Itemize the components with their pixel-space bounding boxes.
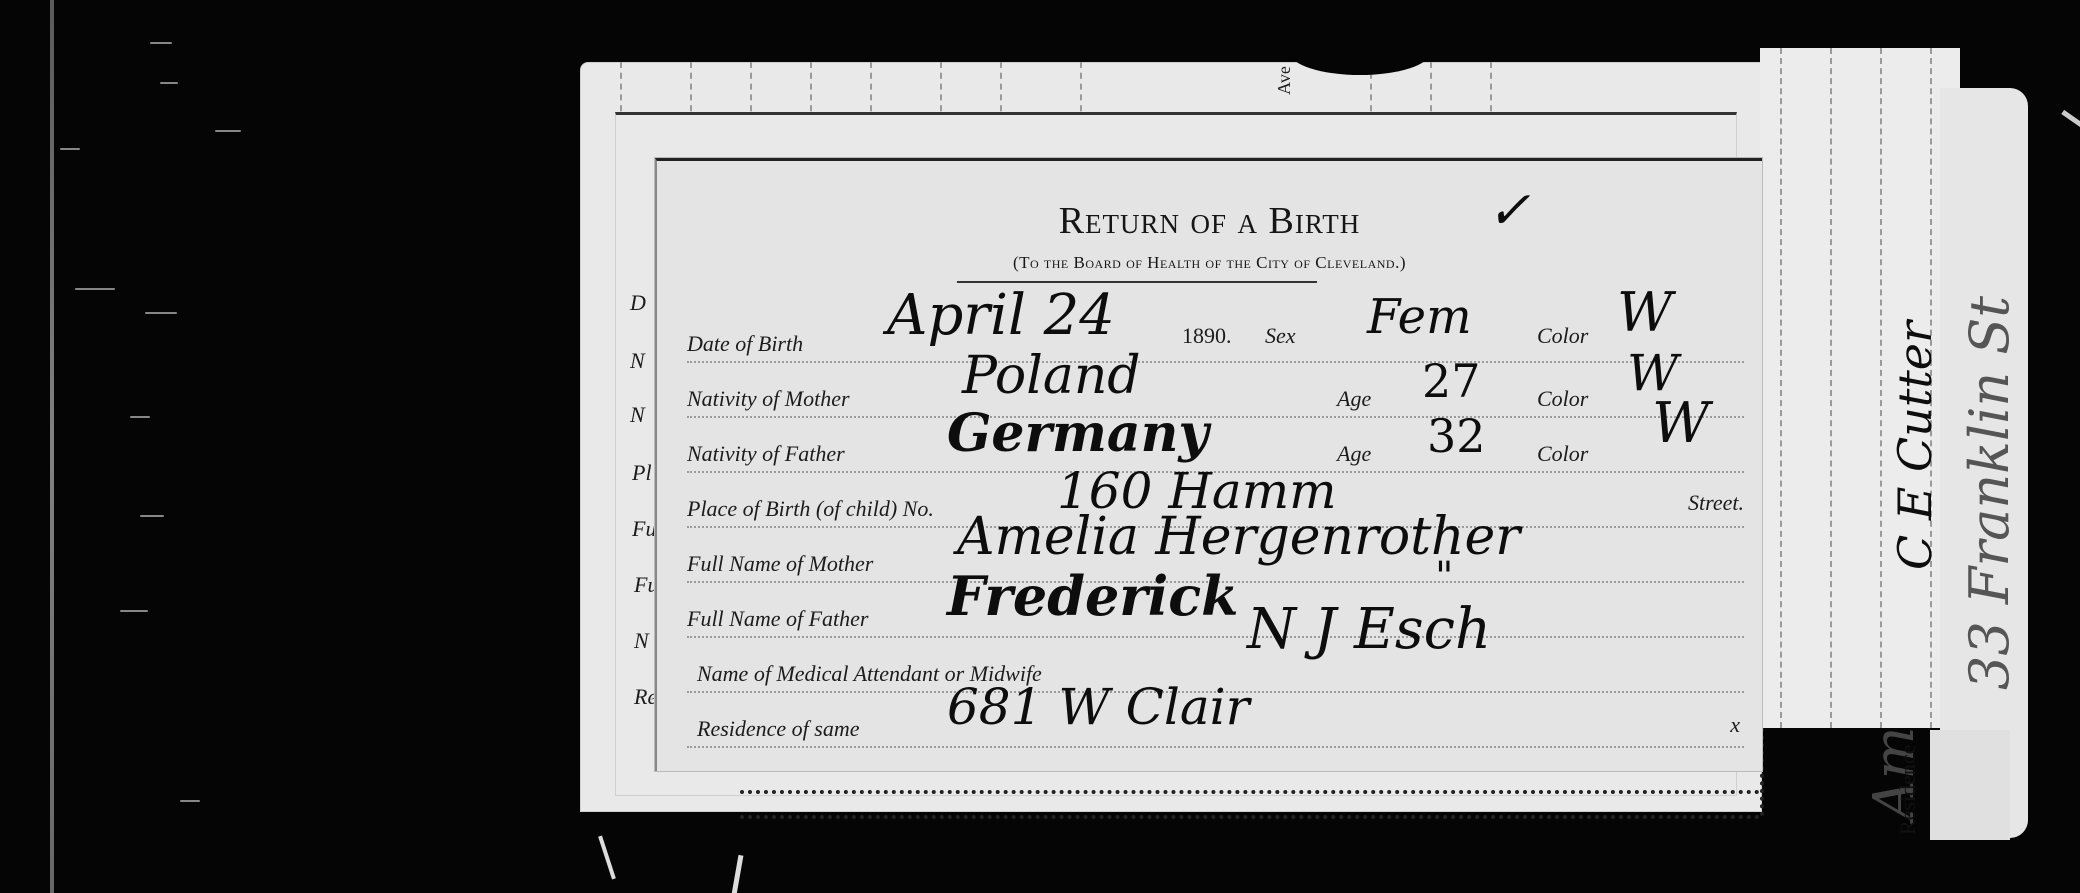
date-of-birth-label: Date of Birth (687, 331, 803, 357)
dust-speck (180, 800, 200, 802)
scan-edge-line (50, 0, 54, 893)
dust-speck (732, 855, 744, 893)
check-mark-icon: ✓ (1487, 181, 1531, 241)
age-mother-label: Age (1337, 386, 1371, 412)
document-subtitle: (To the Board of Health of the City of C… (657, 253, 1762, 273)
dust-speck (150, 42, 172, 44)
color-mother-label: Color (1537, 386, 1588, 412)
dust-speck (145, 312, 177, 314)
color-child-label: Color (1537, 323, 1588, 349)
right-bottom-card (1930, 730, 2010, 840)
color-father-label: Color (1537, 441, 1588, 467)
back-card-stub-labels: D N N Pl Fu Fu N Re (618, 270, 658, 720)
torn-edge (1290, 30, 1430, 75)
father-name-value: Frederick (947, 564, 1239, 628)
nativity-mother-label: Nativity of Mother (687, 386, 850, 412)
dust-speck (598, 835, 616, 879)
top-fragment-text: Ave (1274, 66, 1295, 95)
dust-speck (160, 82, 178, 84)
color-child-value: W (1617, 281, 1673, 344)
dust-speck (215, 130, 241, 132)
back-card-bottom-rule (740, 790, 1760, 794)
sex-value: Fem (1367, 289, 1472, 345)
field-row-father-name: Full Name of Father Frederick " (687, 586, 1744, 638)
right-address-text: 33 Franklin St (1958, 296, 2021, 690)
residence-value: 681 W Clair (947, 678, 1250, 736)
date-of-birth-value: April 24 (887, 283, 1115, 348)
nativity-father-label: Nativity of Father (687, 441, 845, 467)
color-father-value: W (1652, 391, 1710, 456)
residence-label-rotated: Residence (1895, 745, 1921, 835)
age-father-label: Age (1337, 441, 1371, 467)
nativity-mother-value: Poland (962, 346, 1141, 406)
dust-speck (140, 515, 164, 517)
back-card-bottom-rule-2 (740, 815, 1760, 819)
dust-speck (130, 416, 150, 418)
residence-label: Residence of same (697, 716, 860, 742)
signature-text: C E Cutter (1888, 321, 1942, 570)
field-row-nativity-mother: Nativity of Mother Poland Age 27 Color W (687, 366, 1744, 418)
place-of-birth-label: Place of Birth (of child) No. (687, 496, 934, 522)
document-title: Return of a Birth (657, 199, 1762, 243)
dust-speck (75, 288, 115, 290)
dust-speck (2061, 110, 2080, 131)
nativity-father-value: Germany (947, 403, 1209, 464)
sex-label: Sex (1265, 323, 1296, 349)
age-mother-value: 27 (1422, 354, 1481, 408)
age-father-value: 32 (1427, 409, 1486, 463)
field-row-residence: Residence of same 681 W Clair x (687, 696, 1744, 748)
dust-speck (120, 610, 148, 612)
street-label: Street. (1688, 490, 1744, 516)
attendant-value: N J Esch (1247, 597, 1491, 662)
mother-name-label: Full Name of Mother (687, 551, 873, 577)
father-name-label: Full Name of Father (687, 606, 868, 632)
residence-mark: x (1730, 712, 1740, 738)
dust-speck (60, 148, 80, 150)
birth-return-card: Return of a Birth (To the Board of Healt… (655, 158, 1762, 771)
ditto-mark: " (1435, 554, 1453, 600)
birth-year: 1890. (1182, 323, 1232, 349)
field-row-date-of-birth: Date of Birth April 24 1890. Sex Fem Col… (687, 311, 1744, 363)
